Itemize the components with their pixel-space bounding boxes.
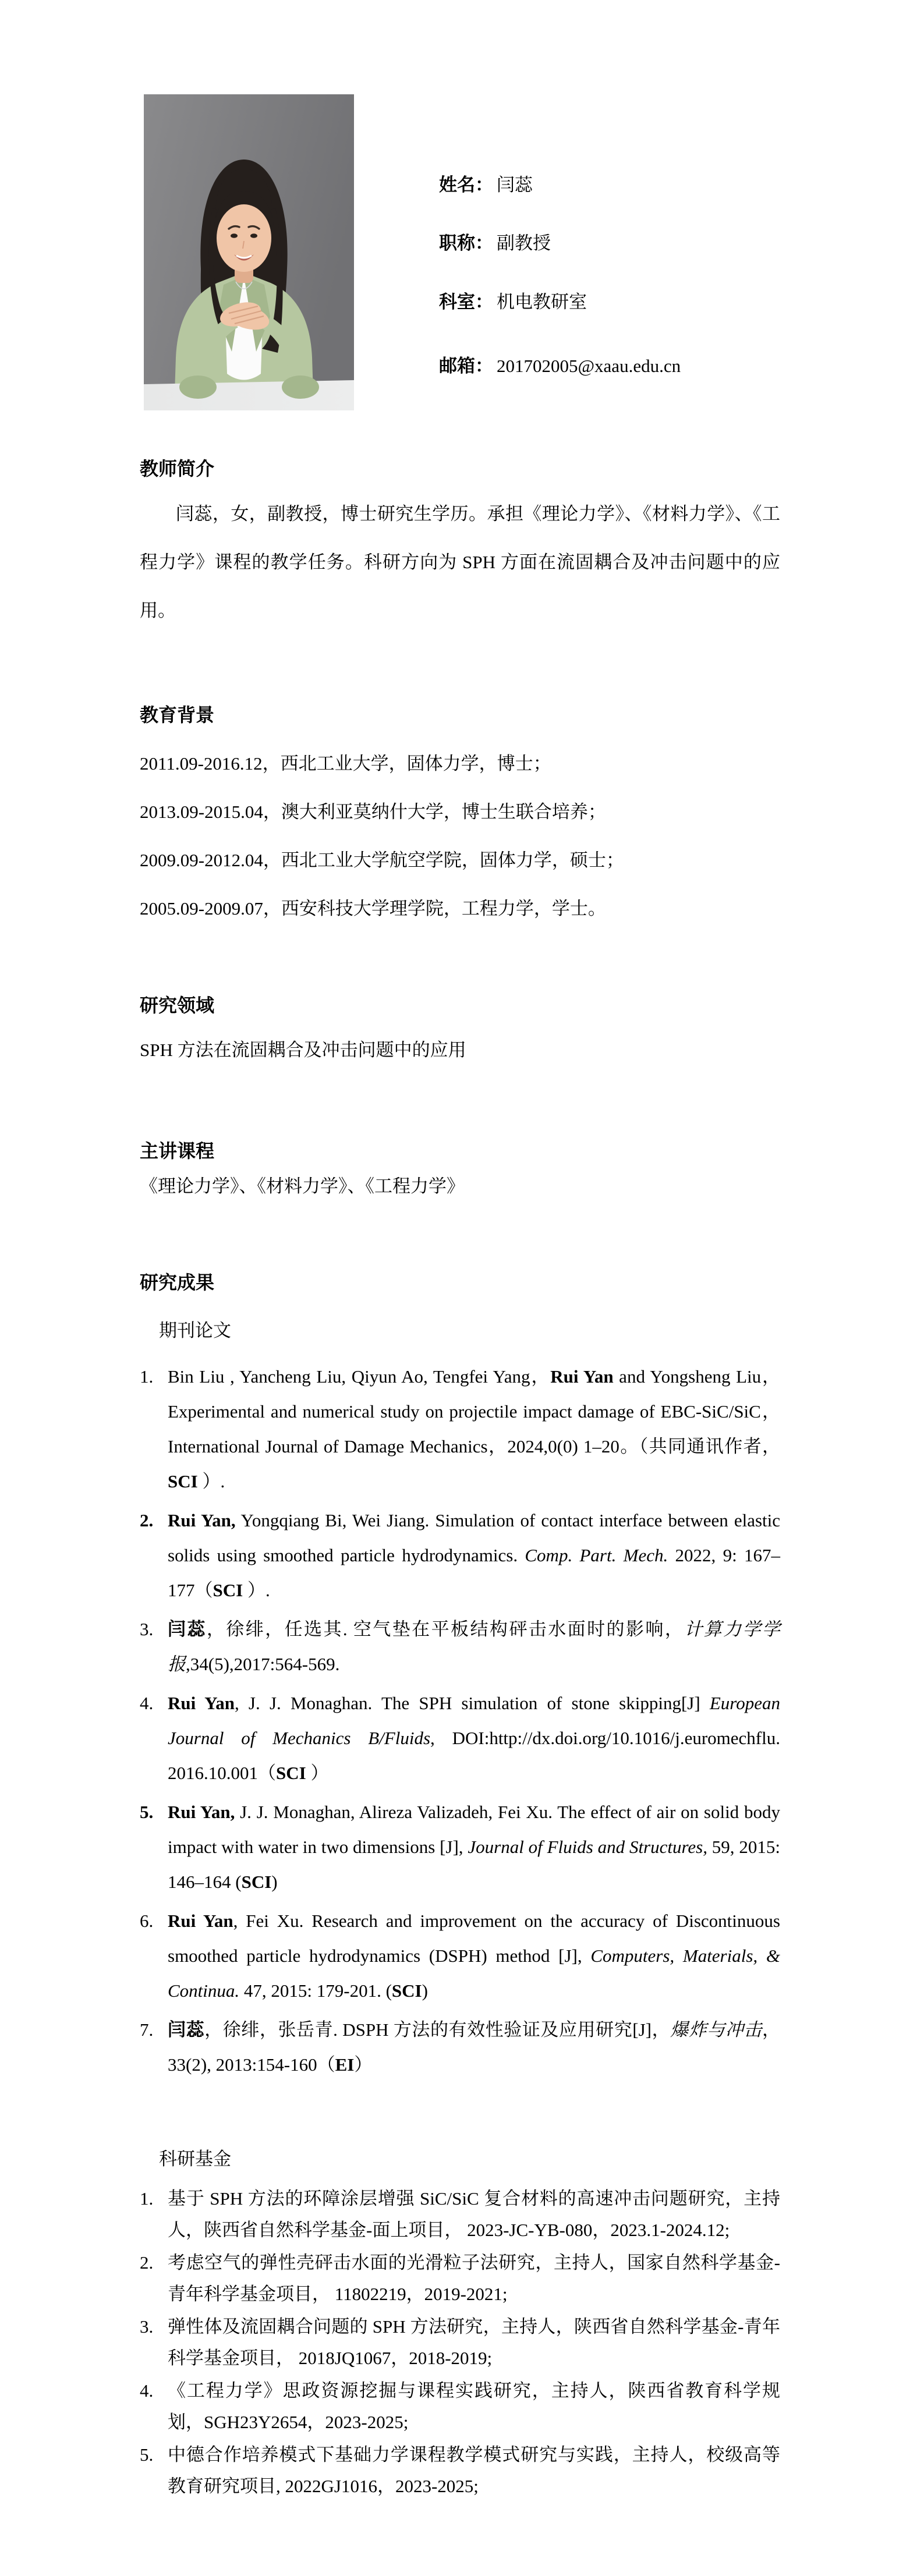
- department-value: 机电教研室: [497, 292, 587, 312]
- list-item: 7.闫蕊，徐绯，张岳青. DSPH 方法的有效性验证及应用研究[J]，爆炸与冲击…: [140, 2012, 780, 2082]
- funding-list: 1.基于 SPH 方法的环障涂层增强 SiC/SiC 复合材料的高速冲击问题研究…: [140, 2183, 780, 2503]
- list-item: 2.考虑空气的弹性壳砰击水面的光滑粒子法研究，主持人，国家自然科学基金-青年科学…: [140, 2247, 780, 2310]
- education-list: 2011.09-2016.12，西北工业大学，固体力学，博士； 2013.09-…: [140, 739, 780, 933]
- field-title: 职称：副教授: [439, 230, 551, 256]
- name-value: 闫蕊: [497, 175, 533, 195]
- list-item: 6.Rui Yan, Fei Xu. Research and improvem…: [140, 1904, 780, 2008]
- list-item: 2.Rui Yan, Yongqiang Bi, Wei Jiang. Simu…: [140, 1503, 780, 1608]
- list-item: 3.闫蕊，徐绯，任选其. 空气垫在平板结构砰击水面时的影响，计算力学学报,34(…: [140, 1612, 780, 1682]
- email-value: 201702005@xaau.edu.cn: [497, 356, 681, 376]
- list-item: 5.中德合作培养模式下基础力学课程教学模式研究与实践，主持人，校级高等教育研究项…: [140, 2439, 780, 2502]
- portrait-illustration: [144, 94, 354, 410]
- faculty-profile-page: 姓名：闫蕊 职称：副教授 科室：机电教研室 邮箱：201702005@xaau.…: [0, 0, 924, 2576]
- list-item: 1.基于 SPH 方法的环障涂层增强 SiC/SiC 复合材料的高速冲击问题研究…: [140, 2183, 780, 2246]
- field-name: 姓名：闫蕊: [439, 172, 533, 198]
- field-email: 邮箱：201702005@xaau.edu.cn: [439, 353, 681, 379]
- journal-papers-subheading: 期刊论文: [159, 1317, 231, 1344]
- list-item: 3.弹性体及流固耦合问题的 SPH 方法研究，主持人，陕西省自然科学基金-青年科…: [140, 2311, 780, 2374]
- section-courses-heading: 主讲课程: [140, 1138, 214, 1164]
- list-item: 4.《工程力学》思政资源挖掘与课程实践研究，主持人，陕西省教育科学规划，SGH2…: [140, 2375, 780, 2438]
- education-item: 2011.09-2016.12，西北工业大学，固体力学，博士；: [140, 739, 780, 788]
- title-value: 副教授: [497, 233, 551, 253]
- department-label: 科室：: [439, 292, 493, 312]
- section-research-area-heading: 研究领域: [140, 993, 214, 1019]
- title-label: 职称：: [439, 233, 493, 253]
- name-label: 姓名：: [439, 175, 493, 195]
- list-item: 1.Bin Liu , Yancheng Liu, Qiyun Ao, Teng…: [140, 1359, 780, 1499]
- email-label: 邮箱：: [439, 356, 493, 376]
- education-item: 2005.09-2009.07，西安科技大学理学院，工程力学，学士。: [140, 884, 780, 933]
- funding-subheading: 科研基金: [159, 2146, 231, 2172]
- list-item: 5.Rui Yan, J. J. Monaghan, Alireza Valiz…: [140, 1795, 780, 1900]
- list-item: 4.Rui Yan, J. J. Monaghan. The SPH simul…: [140, 1686, 780, 1791]
- section-education-heading: 教育背景: [140, 702, 214, 728]
- education-item: 2009.09-2012.04，西北工业大学航空学院，固体力学，硕士；: [140, 836, 780, 884]
- education-item: 2013.09-2015.04，澳大利亚莫纳什大学，博士生联合培养；: [140, 788, 780, 836]
- field-department: 科室：机电教研室: [439, 289, 587, 315]
- research-area-text: SPH 方法在流固耦合及冲击问题中的应用: [140, 1037, 780, 1063]
- section-intro-heading: 教师简介: [140, 456, 214, 482]
- section-achievements-heading: 研究成果: [140, 1270, 214, 1296]
- profile-photo: [144, 94, 354, 410]
- journal-paper-list: 1.Bin Liu , Yancheng Liu, Qiyun Ao, Teng…: [140, 1359, 780, 2086]
- intro-paragraph: 闫蕊，女，副教授，博士研究生学历。承担《理论力学》、《材料力学》、《工程力学》课…: [140, 490, 780, 635]
- courses-text: 《理论力学》、《材料力学》、《工程力学》: [140, 1173, 780, 1199]
